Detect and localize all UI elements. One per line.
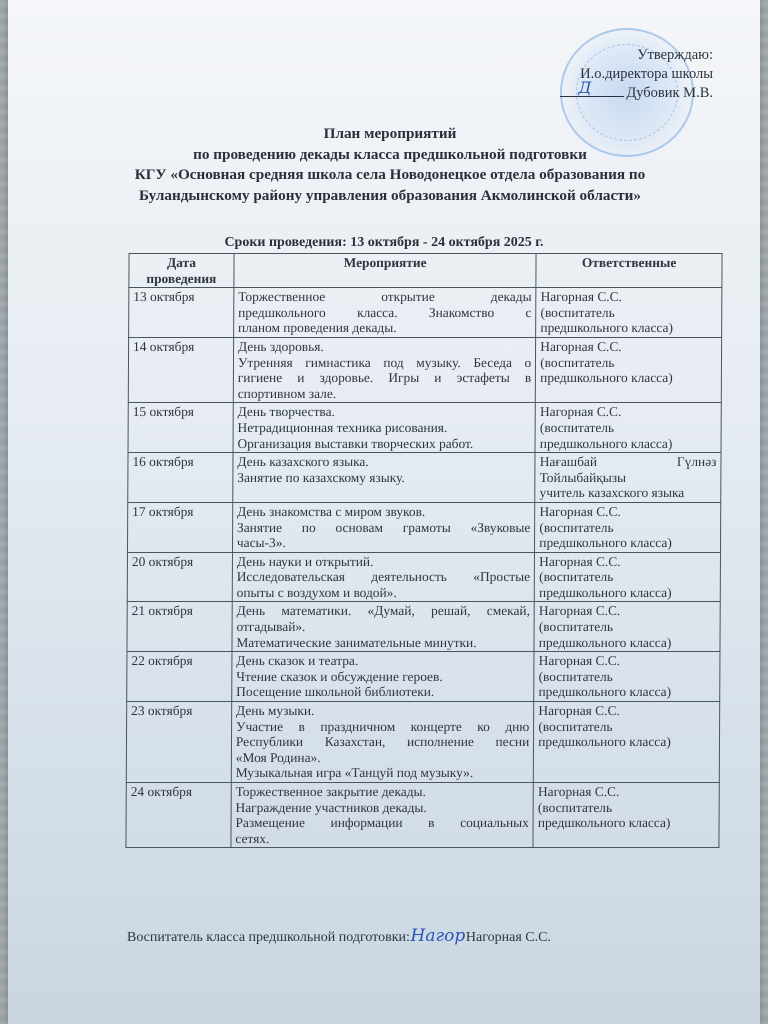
responsible-line: (воспитатель [539,520,716,536]
event-line: сетях. [235,831,528,847]
director-name: Дубовик М.В. [626,85,713,101]
title-line-4: Буландынскому району управления образова… [100,186,680,207]
approval-block: Утверждаю: И.о.директора школы ДДубовик … [560,46,713,103]
cell-date: 16 октября [128,453,233,503]
cell-date: 21 октября [127,602,232,652]
cell-date: 20 октября [127,552,232,602]
table-header-row: Дата проведения Мероприятие Ответственны… [129,254,722,288]
event-line: День сказок и театра. [236,653,529,669]
event-line: Республики Казахстан, исполнение песни [236,734,529,750]
cell-responsible: Нагорная С.С.(воспитательпредшкольного к… [534,652,720,702]
footer-name: Нагорная С.С. [466,930,551,945]
event-line: гигиене и здоровье. Игры и эстафеты в [238,370,531,386]
cell-responsible: Нагорная С.С.(воспитательпредшкольного к… [535,502,721,552]
event-line: Музыкальная игра «Танцуй под музыку». [236,765,529,781]
responsible-line: учитель казахского языка [540,485,717,501]
responsible-line: Нагорная С.С. [539,603,716,619]
event-line: Размещение информации в социальных [235,815,528,831]
responsible-line: (воспитатель [538,719,715,735]
signature-line: Д [560,84,624,97]
table-body: 13 октябряТоржественное открытие декадып… [126,288,722,848]
title-line-3: КГУ «Основная средняя школа села Новодон… [100,165,680,186]
responsible-line: Нагорная С.С. [538,703,715,719]
responsible-line: предшкольного класса) [540,436,717,452]
table-row: 20 октябряДень науки и открытий.Исследов… [127,552,720,602]
approval-heading: Утверждаю: [560,46,713,65]
cell-responsible: Нагорная С.С.(воспитательпредшкольного к… [536,337,722,402]
cell-event: Торжественное открытие декадыпредшкольно… [234,288,537,338]
event-line: Нетрадиционная техника рисования. [238,420,531,436]
cell-date: 14 октября [128,337,233,402]
responsible-line: предшкольного класса) [539,635,716,651]
table-row: 13 октябряТоржественное открытие декадып… [129,288,722,338]
event-line: Утренняя гимнастика под музыку. Беседа о [238,355,531,371]
cell-responsible: Нагорная С.С.(воспитательпредшкольного к… [536,288,722,338]
responsible-line: (воспитатель [540,420,717,436]
event-line: Торжественное открытие декады [238,289,531,305]
cell-event: Торжественное закрытие декады.Награждени… [231,783,534,848]
cell-responsible: Нагорная С.С.(воспитательпредшкольного к… [533,783,719,848]
event-line: предшкольного класса. Знакомство с [238,305,531,321]
event-line: День казахского языка. [237,454,530,470]
table-row: 24 октябряТоржественное закрытие декады.… [126,783,719,848]
responsible-line: предшкольного класса) [540,320,717,336]
cell-event: День творчества.Нетрадиционная техника р… [233,403,536,453]
event-line: опыты с воздухом и водой». [237,585,530,601]
event-line: Торжественное закрытие декады. [236,784,529,800]
event-line: Награждение участников декады. [236,800,529,816]
cell-event: День знакомства с миром звуков.Занятие п… [232,502,535,552]
responsible-line: (воспитатель [539,619,716,635]
event-line: День здоровья. [238,339,531,355]
responsible-line: предшкольного класса) [538,734,715,750]
event-line: Занятие по основам грамоты «Звуковые [237,520,530,536]
document-title: План мероприятий по проведению декады кл… [100,124,680,206]
event-period: Сроки проведения: 13 октября - 24 октябр… [0,235,768,251]
events-table: Дата проведения Мероприятие Ответственны… [125,253,722,848]
cell-date: 15 октября [128,403,233,453]
responsible-line: Нагорная С.С. [539,653,716,669]
responsible-line: Нагорная С.С. [539,504,716,520]
footer-label: Воспитатель класса предшкольной подготов… [127,930,410,945]
cell-event: День математики. «Думай, решай, смекай,о… [232,602,535,652]
event-line: Математические занимательные минутки. [236,635,529,651]
responsible-line: Нагорная С.С. [541,289,718,305]
event-line: часы-3». [237,535,530,551]
event-line: Посещение школьной библиотеки. [236,684,529,700]
footer-signature-line: Воспитатель класса предшкольной подготов… [127,926,551,946]
cell-event: День науки и открытий.Исследовательская … [232,552,535,602]
title-line-2: по проведению декады класса предшкольной… [100,145,680,166]
responsible-line: Нагорная С.С. [539,554,716,570]
responsible-line: (воспитатель [539,669,716,685]
event-line: Исследовательская деятельность «Простые [237,569,530,585]
event-line: День науки и открытий. [237,554,530,570]
approval-signatory: ДДубовик М.В. [560,84,713,103]
responsible-line: предшкольного класса) [539,585,716,601]
director-signature: Д [578,78,591,97]
cell-responsible: Нагорная С.С.(воспитательпредшкольного к… [534,702,720,783]
table-row: 21 октябряДень математики. «Думай, решай… [127,602,720,652]
cell-event: День музыки.Участие в праздничном концер… [231,702,534,783]
event-line: День музыки. [236,703,529,719]
event-line: Участие в праздничном концерте ко дню [236,719,529,735]
cell-event: День здоровья.Утренняя гимнастика под му… [233,337,536,402]
event-line: Чтение сказок и обсуждение героев. [236,669,529,685]
cell-responsible: Нагорная С.С.(воспитательпредшкольного к… [535,403,721,453]
cell-date: 17 октября [127,502,232,552]
cell-responsible: Нағашбай ГүлнәзТойлыбайқызыучитель казах… [535,453,721,503]
table-row: 16 октябряДень казахского языка.Занятие … [128,453,721,503]
responsible-line: предшкольного класса) [538,684,715,700]
responsible-line: Нагорная С.С. [538,784,715,800]
cell-event: День сказок и театра.Чтение сказок и обс… [232,652,535,702]
event-line: спортивном зале. [238,386,531,402]
header-event: Мероприятие [234,254,537,288]
event-line: Занятие по казахскому языку. [237,470,530,486]
responsible-line: предшкольного класса) [539,535,716,551]
responsible-line: (воспитатель [540,355,717,371]
responsible-line: предшкольного класса) [538,815,715,831]
responsible-line: (воспитатель [540,305,717,321]
event-line: День знакомства с миром звуков. [237,504,530,520]
title-line-1: План мероприятий [100,124,680,145]
table-row: 23 октябряДень музыки.Участие в празднич… [126,702,719,783]
cell-event: День казахского языка.Занятие по казахск… [233,453,536,503]
cell-date: 13 октября [129,288,234,338]
event-line: День творчества. [238,404,531,420]
event-line: День математики. «Думай, решай, смекай, [237,603,530,619]
header-date: Дата проведения [129,254,234,288]
responsible-line: Нағашбай Гүлнәз [540,454,717,470]
cell-date: 22 октября [127,652,232,702]
responsible-line: Нагорная С.С. [540,404,717,420]
table-row: 17 октябряДень знакомства с миром звуков… [127,502,720,552]
responsible-line: Тойлыбайқызы [540,470,717,486]
cell-responsible: Нагорная С.С.(воспитательпредшкольного к… [534,602,720,652]
table-row: 14 октябряДень здоровья.Утренняя гимнаст… [128,337,721,402]
cell-date: 24 октября [126,783,231,848]
cell-responsible: Нагорная С.С.(воспитательпредшкольного к… [534,552,720,602]
teacher-signature: Нагор [410,926,466,946]
event-line: Организация выставки творческих работ. [237,436,530,452]
responsible-line: (воспитатель [539,569,716,585]
table-row: 22 октябряДень сказок и театра.Чтение ск… [127,652,720,702]
responsible-line: предшкольного класса) [540,370,717,386]
table-row: 15 октябряДень творчества.Нетрадиционная… [128,403,721,453]
cell-date: 23 октября [126,702,231,783]
event-line: «Моя Родина». [236,750,529,766]
responsible-line: (воспитатель [538,800,715,816]
event-line: планом проведения декады. [238,320,531,336]
event-line: отгадывай». [236,619,529,635]
responsible-line: Нагорная С.С. [540,339,717,355]
header-responsible: Ответственные [536,254,722,288]
